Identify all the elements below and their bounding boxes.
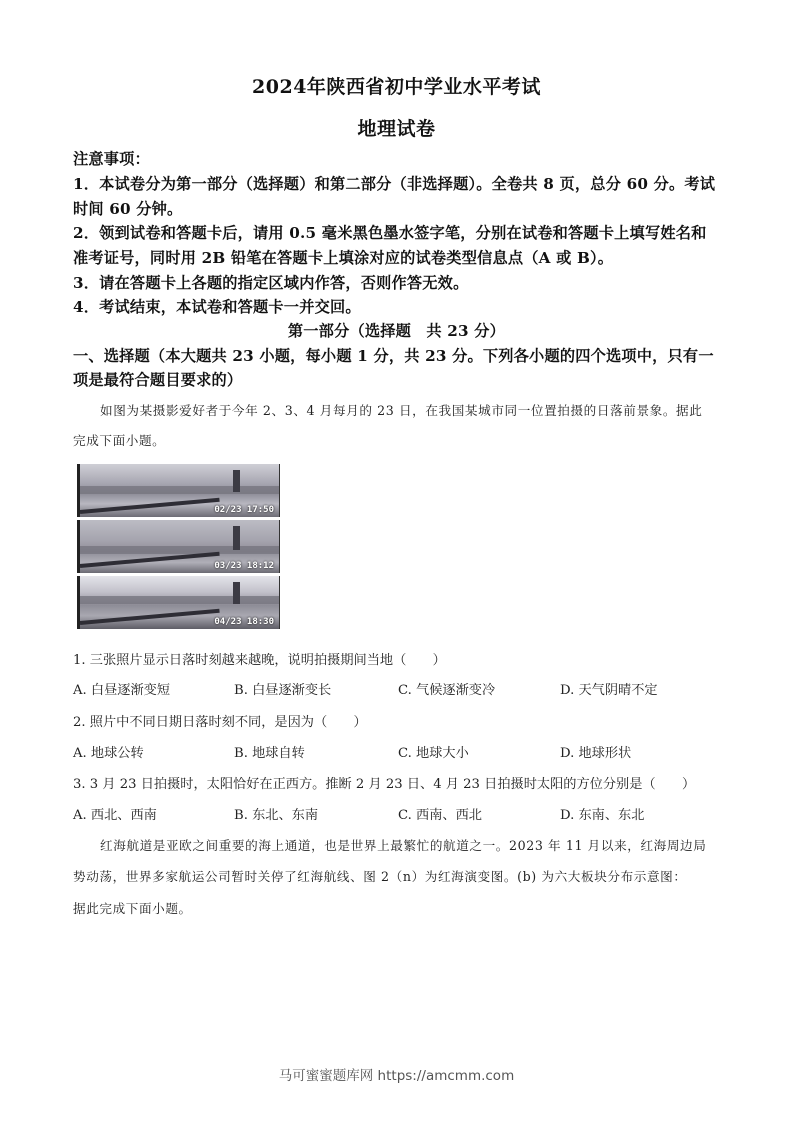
passage2-line-3: 据此完成下面小题。 <box>73 898 192 917</box>
site-watermark: 马可蜜蜜题库网 https://amcmm.com <box>0 1064 793 1084</box>
question-3-option-a: A. 西北、西南 <box>73 804 157 823</box>
exam-subtitle: 地理试卷 <box>0 114 793 141</box>
bridge-silhouette <box>80 552 220 568</box>
notice-line-2: 2．领到试卷和答题卡后，请用 0.5 毫米黑色墨水签字笔，分别在试卷和答题卡上填… <box>73 222 723 243</box>
exam-page: 2024年陕西省初中学业水平考试 地理试卷 注意事项： 1．本试卷分为第一部分（… <box>0 0 793 1122</box>
question-3-option-b: B. 东北、东南 <box>234 804 318 823</box>
notice-line-4: 4．考试结束，本试卷和答题卡一并交回。 <box>73 296 723 317</box>
question-1-option-b: B. 白昼逐渐变长 <box>234 679 331 698</box>
photo-frame-mar: 03/23 18:12 <box>77 520 280 573</box>
photo-frame-apr: 04/23 18:30 <box>77 576 280 629</box>
notice-line-1: 1．本试卷分为第一部分（选择题）和第二部分（非选择题）。全卷共 8 页，总分 6… <box>73 173 723 194</box>
question-2-option-b: B. 地球自转 <box>234 742 305 761</box>
notice-line-1-cont: 时间 60 分钟。 <box>73 198 723 219</box>
passage1-line-1: 如图为某摄影爱好者于今年 2、3、4 月每月的 23 日，在我国某城市同一位置拍… <box>100 400 702 419</box>
bridge-silhouette <box>80 609 220 625</box>
part-one-heading: 第一部分（选择题 共 23 分） <box>0 320 793 341</box>
bridge-silhouette <box>80 498 220 514</box>
question-2-option-a: A. 地球公转 <box>73 742 144 761</box>
question-1-option-c: C. 气候逐渐变冷 <box>398 679 495 698</box>
section-instruction-1: 一、选择题（本大题共 23 小题，每小题 1 分，共 23 分。下列各小题的四个… <box>73 345 723 366</box>
notice-line-2-cont: 准考证号，同时用 2B 铅笔在答题卡上填涂对应的试卷类型信息点（A 或 B）。 <box>73 247 723 268</box>
question-2-option-d: D. 地球形状 <box>560 742 631 761</box>
question-3-option-d: D. 东南、东北 <box>560 804 644 823</box>
tower-silhouette <box>233 526 240 550</box>
exam-title: 2024年陕西省初中学业水平考试 <box>0 72 793 99</box>
photo-timestamp: 02/23 17:50 <box>214 505 274 515</box>
photo-frame-feb: 02/23 17:50 <box>77 464 280 517</box>
tower-silhouette <box>233 470 240 492</box>
passage2-line-1: 红海航道是亚欧之间重要的海上通道，也是世界上最繁忙的航道之一。2023 年 11… <box>100 835 706 854</box>
question-2-stem: 2. 照片中不同日期日落时刻不同，是因为（ ） <box>73 711 367 730</box>
question-2-option-c: C. 地球大小 <box>398 742 469 761</box>
notice-line-3: 3．请在答题卡上各题的指定区域内作答，否则作答无效。 <box>73 272 723 293</box>
section-instruction-2: 项是最符合题目要求的） <box>73 369 723 390</box>
question-1-stem: 1. 三张照片显示日落时刻越来越晚，说明拍摄期间当地（ ） <box>73 649 446 668</box>
photo-timestamp: 04/23 18:30 <box>214 617 274 627</box>
question-3-option-c: C. 西南、西北 <box>398 804 482 823</box>
question-1-option-d: D. 天气阴晴不定 <box>560 679 658 698</box>
sunset-photo-figure: 02/23 17:50 03/23 18:12 04/23 18:30 <box>77 464 280 632</box>
question-3-stem: 3. 3 月 23 日拍摄时，太阳恰好在正西方。推断 2 月 23 日、4 月 … <box>73 773 695 792</box>
notice-heading: 注意事项： <box>73 148 723 169</box>
passage2-line-2: 势动荡，世界多家航运公司暂时关停了红海航线、图 2（n）为红海演变图。(b) 为… <box>73 866 687 885</box>
passage1-line-2: 完成下面小题。 <box>73 430 165 449</box>
tower-silhouette <box>233 582 240 604</box>
question-1-option-a: A. 白昼逐渐变短 <box>73 679 170 698</box>
photo-timestamp: 03/23 18:12 <box>214 561 274 571</box>
